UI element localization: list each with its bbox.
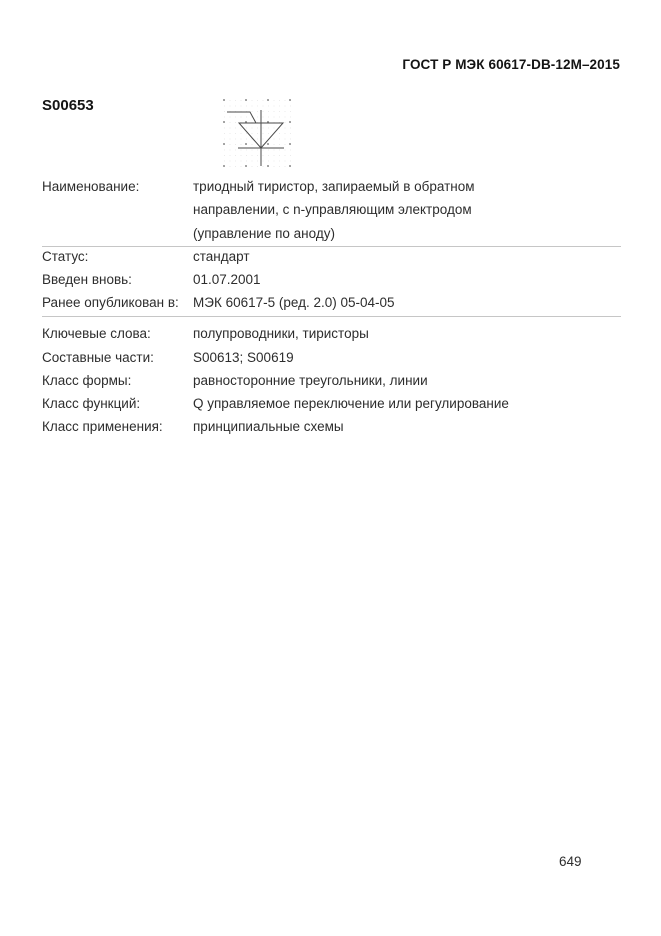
attr-value: Q управляемое переключение или регулиров…: [193, 392, 622, 415]
document-page: ГОСТ Р МЭК 60617-DB-12M–2015 S00653 Наим…: [0, 0, 661, 936]
standard-header: ГОСТ Р МЭК 60617-DB-12M–2015: [402, 57, 620, 72]
attr-label: Класс функций:: [42, 392, 193, 415]
attr-value: триодный тиристор, запираемый в обратном…: [193, 175, 622, 245]
attr-row-application-class: Класс применения: принципиальные схемы: [42, 415, 622, 438]
attr-value: принципиальные схемы: [193, 415, 622, 438]
thyristor-symbol-graphic: [214, 86, 302, 174]
attr-label: Класс применения:: [42, 415, 193, 438]
attr-label: Ранее опубликован в:: [42, 291, 193, 314]
attr-row-shape-class: Класс формы: равносторонние треугольники…: [42, 369, 622, 392]
attr-value: полупроводники, тиристоры: [193, 322, 622, 345]
attr-row-introduced: Введен вновь: 01.07.2001: [42, 268, 622, 291]
attr-label: Ключевые слова:: [42, 322, 193, 345]
page-number: 649: [559, 854, 582, 869]
attr-label: Составные части:: [42, 346, 193, 369]
attr-value: 01.07.2001: [193, 268, 622, 291]
attr-label: Наименование:: [42, 175, 193, 245]
attr-value: S00613; S00619: [193, 346, 622, 369]
attr-label: Класс формы:: [42, 369, 193, 392]
attr-row-keywords: Ключевые слова: полупроводники, тиристор…: [42, 322, 622, 345]
attr-row-status: Статус: стандарт: [42, 245, 622, 268]
attr-value: МЭК 60617-5 (ред. 2.0) 05-04-05: [193, 291, 622, 314]
attr-row-function-class: Класс функций: Q управляемое переключени…: [42, 392, 622, 415]
attr-label: Введен вновь:: [42, 268, 193, 291]
section-divider: [42, 316, 621, 317]
symbol-id-title: S00653: [42, 97, 94, 114]
symbol-grid-dots: [221, 97, 294, 170]
attr-row-component-parts: Составные части: S00613; S00619: [42, 346, 622, 369]
attr-row-previously-published: Ранее опубликован в: МЭК 60617-5 (ред. 2…: [42, 291, 622, 314]
attr-value: равносторонние треугольники, линии: [193, 369, 622, 392]
attr-value: стандарт: [193, 245, 622, 268]
attr-row-name: Наименование: триодный тиристор, запирае…: [42, 175, 622, 245]
attr-label: Статус:: [42, 245, 193, 268]
